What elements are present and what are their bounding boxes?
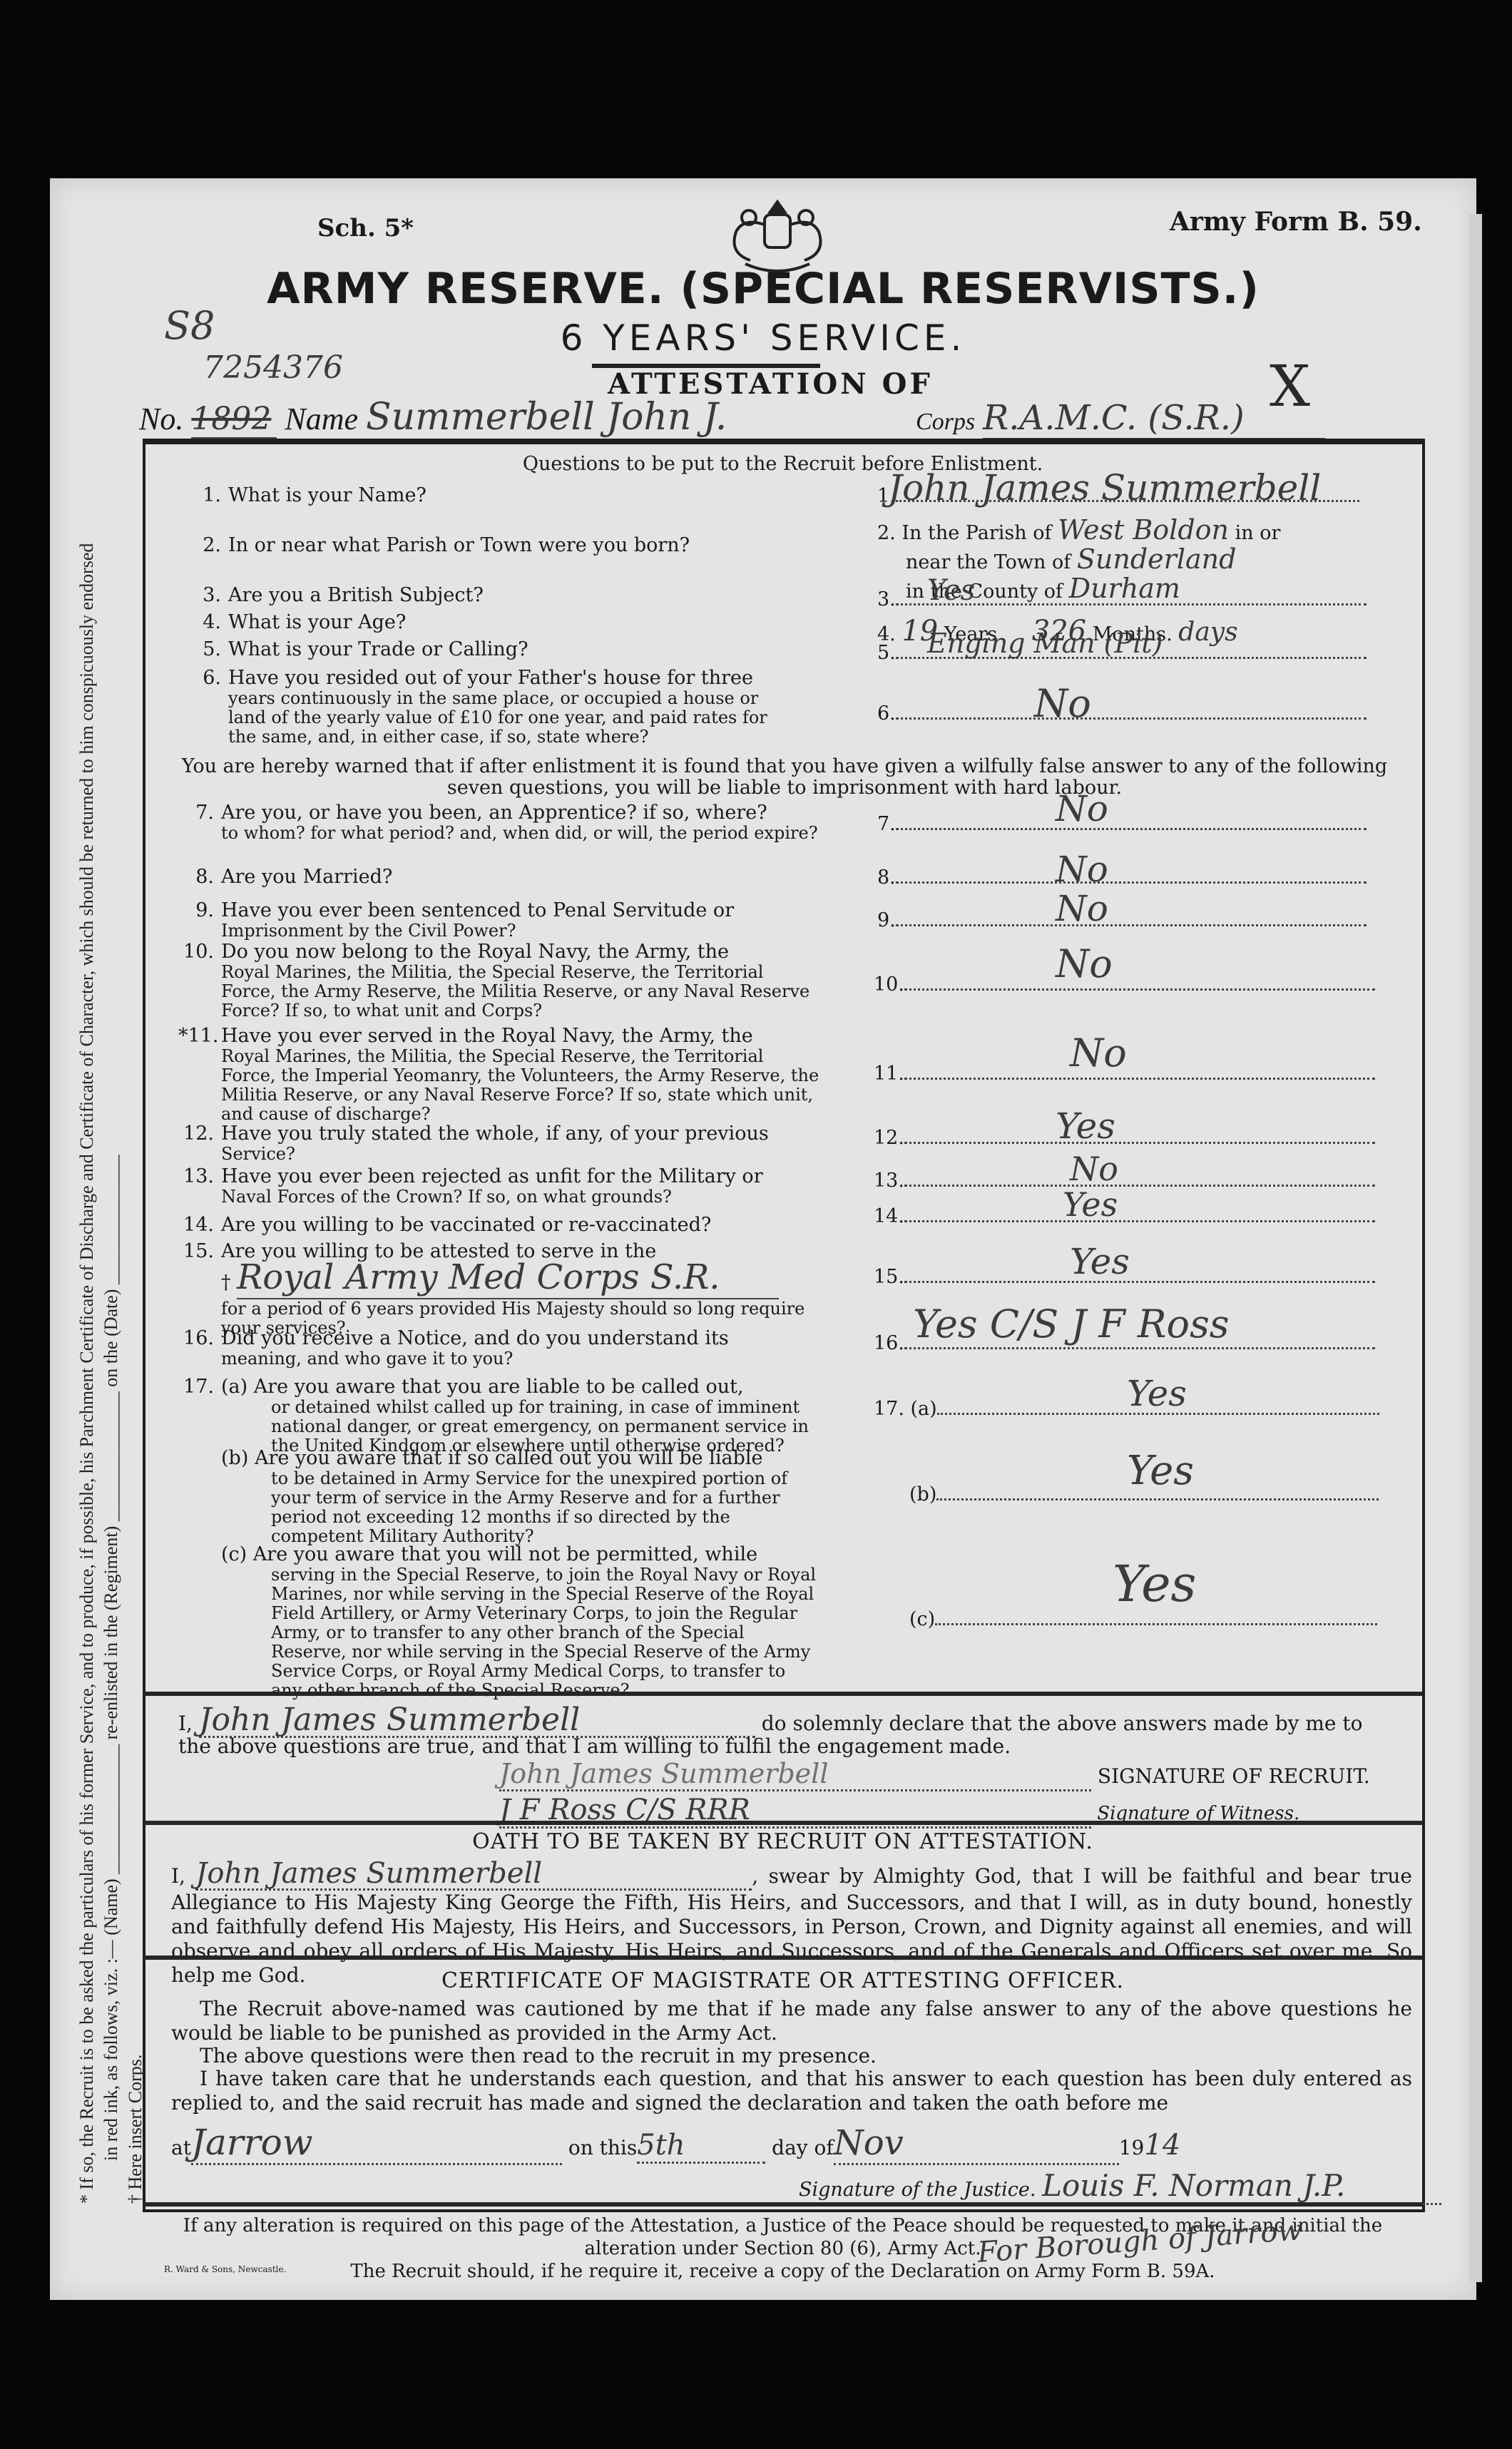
form-number: Army Form B. 59.	[1170, 207, 1422, 237]
recruit-signature-field[interactable]: John James Summerbell	[499, 1758, 1091, 1791]
margin-note-2: in red ink, as follows, viz. :— (Name) _…	[99, 421, 123, 2204]
declaration-rule	[143, 1692, 1423, 1696]
answer-1-handwriting: John James Summerbell	[888, 467, 1321, 508]
year-field[interactable]: 14	[1144, 2129, 1180, 2162]
answer-5-handwriting: Enging Man (Pit)	[927, 628, 1163, 659]
margin-notes: * If so, the Recruit is to be asked the …	[75, 421, 148, 2204]
regimental-number-new: 7254376	[203, 349, 343, 386]
answer-17c-handwriting: Yes	[1113, 1555, 1196, 1613]
answer-12-handwriting: Yes	[1056, 1105, 1115, 1147]
answer-10-handwriting: No	[1056, 941, 1113, 986]
paper-edge	[1469, 214, 1482, 2282]
question-9: 9.Have you ever been sentenced to Penal …	[178, 900, 820, 941]
answer-12[interactable]: 12.	[874, 1127, 1375, 1149]
question-17b: (b) Are you aware that if so called out …	[178, 1448, 820, 1546]
question-10: 10.Do you now belong to the Royal Navy, …	[178, 941, 820, 1021]
answer-9-handwriting: No	[1056, 888, 1108, 929]
question-12: 12.Have you truly stated the whole, if a…	[178, 1123, 820, 1164]
answer-11-handwriting: No	[1070, 1031, 1127, 1075]
answer-15-handwriting: Yes	[1070, 1241, 1130, 1282]
answer-14[interactable]: 14.	[874, 1205, 1375, 1227]
answer-16-handwriting: Yes C/S J F Ross	[913, 1302, 1230, 1346]
question-14: 14.Are you willing to be vaccinated or r…	[178, 1215, 820, 1236]
answer-3-handwriting: Yes	[927, 574, 975, 607]
answer-6[interactable]: 6.	[877, 702, 1367, 725]
name-field[interactable]: Summerbell John J.	[366, 396, 908, 440]
form-subtitle: 6 YEARS' SERVICE.	[178, 317, 1348, 359]
question-8: 8.Are you Married?	[178, 866, 820, 888]
answer-17a-handwriting: Yes	[1127, 1373, 1187, 1414]
question-6: 6.Have you resided out of your Father's …	[185, 668, 799, 747]
attestation-place-date-line: atJarrow on this5th day ofNov1914	[171, 2122, 1180, 2165]
place-field[interactable]: Jarrow	[191, 2122, 562, 2165]
question-1: 1.What is your Name?	[185, 485, 799, 506]
question-17a: 17.(a) Are you aware that you are liable…	[178, 1376, 820, 1456]
certificate-para-1: The Recruit above-named was cautioned by…	[171, 1997, 1412, 2045]
answer-14-handwriting: Yes	[1063, 1185, 1118, 1224]
false-answer-warning: You are hereby warned that if after enli…	[171, 756, 1398, 799]
answer-13-handwriting: No	[1070, 1150, 1118, 1188]
question-2: 2.In or near what Parish or Town were yo…	[185, 535, 799, 556]
day-field[interactable]: 5th	[637, 2129, 765, 2164]
question-7: 7.Are you, or have you been, an Apprenti…	[178, 802, 820, 843]
oath-rule	[143, 1821, 1423, 1825]
question-17c: (c) Are you aware that you will not be p…	[178, 1544, 820, 1700]
name-label: Name	[285, 402, 358, 436]
schedule-label: Sch. 5*	[317, 214, 414, 242]
corps-cross-mark: X	[1270, 353, 1310, 419]
answer-10[interactable]: 10.	[874, 973, 1375, 996]
declaration-text: I, John James Summerbell do solemnly dec…	[178, 1708, 1419, 1738]
answer-7-handwriting: No	[1056, 788, 1108, 829]
record-line: No. 1892 Name Summerbell John J. Corps R…	[139, 396, 1325, 440]
box-bottom-rule	[143, 2202, 1423, 2207]
declaration-name-field[interactable]: John James Summerbell	[199, 1708, 755, 1738]
answer-9[interactable]: 9.	[877, 909, 1367, 931]
certificate-title: CERTIFICATE OF MAGISTRATE OR ATTESTING O…	[143, 1968, 1423, 1993]
question-5: 5.What is your Trade or Calling?	[185, 639, 799, 660]
declaration-text-2: the above questions are true, and that I…	[178, 1734, 1419, 1758]
royal-coat-of-arms-icon	[706, 196, 849, 275]
corps-insert-field[interactable]: Royal Army Med Corps S.R.	[237, 1262, 779, 1299]
annotation-s8: S8	[164, 303, 215, 348]
answer-8[interactable]: 8.	[877, 866, 1367, 889]
answer-8-handwriting: No	[1056, 849, 1108, 890]
question-3: 3.Are you a British Subject?	[185, 585, 799, 606]
oath-title: OATH TO BE TAKEN BY RECRUIT ON ATTESTATI…	[143, 1829, 1423, 1854]
margin-note-1: * If so, the Recruit is to be asked the …	[75, 421, 99, 2204]
question-15: 15.Are you willing to be attested to ser…	[178, 1241, 820, 1338]
justice-signature-field[interactable]: Louis F. Norman J.P.	[1042, 2168, 1441, 2205]
margin-note-3: † Here insert Corps.	[123, 421, 148, 2204]
answer-17b-handwriting: Yes	[1127, 1448, 1194, 1494]
question-4: 4.What is your Age?	[185, 612, 799, 633]
footer-line-3: The Recruit should, if he require it, re…	[143, 2260, 1423, 2283]
answer-13[interactable]: 13.	[874, 1170, 1375, 1192]
question-16: 16.Did you receive a Notice, and do you …	[178, 1328, 820, 1369]
form-title: ARMY RESERVE. (SPECIAL RESERVISTS.)	[178, 264, 1348, 314]
recruit-signature-line: John James Summerbell SIGNATURE OF RECRU…	[499, 1758, 1370, 1791]
certificate-para-3: I have taken care that he understands ea…	[171, 2067, 1412, 2115]
oath-name-field[interactable]: John James Summerbell	[195, 1861, 752, 1891]
no-field[interactable]: 1892	[191, 401, 277, 439]
month-field[interactable]: Nov	[834, 2123, 1119, 2165]
certificate-para-2: The above questions were then read to th…	[171, 2044, 1412, 2068]
answer-7[interactable]: 7.	[877, 813, 1367, 835]
answer-6-handwriting: No	[1034, 681, 1091, 726]
justice-signature-line: Signature of the Justice. Louis F. Norma…	[799, 2168, 1441, 2205]
certificate-rule	[143, 1955, 1423, 1960]
printer-imprint: R. Ward & Sons, Newcastle.	[164, 2264, 286, 2274]
question-11: *11.Have you ever served in the Royal Na…	[178, 1026, 820, 1124]
corps-label: Corps	[916, 409, 975, 435]
question-13: 13.Have you ever been rejected as unfit …	[178, 1166, 820, 1207]
